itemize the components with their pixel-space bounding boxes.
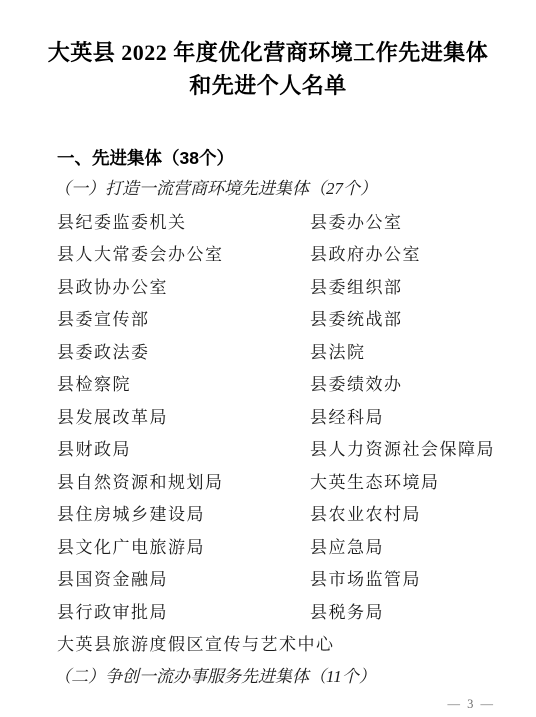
organization-row: 县住房城乡建设局 县农业农村局 — [57, 497, 508, 530]
organization-name: 县经科局 — [310, 403, 508, 428]
organization-name: 县委宣传部 — [57, 305, 310, 330]
page-number: — 3 — — [448, 697, 496, 712]
organization-row: 县文化广电旅游局 县应急局 — [57, 529, 508, 562]
organization-row: 县检察院 县委绩效办 — [57, 367, 508, 400]
organization-name: 县市场监管局 — [310, 565, 508, 590]
subsection-heading-service-collectives: （二）争创一流办事服务先进集体（11个） — [54, 666, 508, 687]
document-title-line1: 大英县 2022 年度优化营商环境工作先进集体 — [48, 40, 489, 65]
document-page: 大英县 2022 年度优化营商环境工作先进集体和先进个人名单 一、先进集体（38… — [0, 0, 536, 717]
organization-row: 县人大常委会办公室 县政府办公室 — [57, 237, 508, 270]
subsection-heading-business-environment: （一）打造一流营商环境先进集体（27个） — [54, 178, 508, 199]
organization-name: 县委组织部 — [310, 273, 508, 298]
organization-row: 县国资金融局 县市场监管局 — [57, 562, 508, 595]
organization-name: 县政协办公室 — [57, 273, 310, 298]
organization-row: 县自然资源和规划局 大英生态环境局 — [57, 464, 508, 497]
organization-name: 大英县旅游度假区宣传与艺术中心 — [57, 630, 335, 655]
organization-list: 县纪委监委机关 县委办公室 县人大常委会办公室 县政府办公室 县政协办公室 县委… — [57, 204, 508, 659]
organization-row-full-width: 大英县旅游度假区宣传与艺术中心 — [57, 627, 508, 660]
organization-name: 县住房城乡建设局 — [57, 500, 310, 525]
organization-name: 县税务局 — [310, 598, 508, 623]
organization-name: 县发展改革局 — [57, 403, 310, 428]
section-heading-advanced-collectives: 一、先进集体（38个） — [57, 148, 508, 169]
organization-row: 县委宣传部 县委统战部 — [57, 302, 508, 335]
organization-row: 县委政法委 县法院 — [57, 334, 508, 367]
organization-row: 县纪委监委机关 县委办公室 — [57, 204, 508, 237]
organization-name: 县人力资源社会保障局 — [310, 435, 508, 460]
organization-name: 县财政局 — [57, 435, 310, 460]
organization-name: 县委统战部 — [310, 305, 508, 330]
organization-name: 县政府办公室 — [310, 240, 508, 265]
organization-row: 县财政局 县人力资源社会保障局 — [57, 432, 508, 465]
organization-name: 县检察院 — [57, 370, 310, 395]
document-body: 一、先进集体（38个） （一）打造一流营商环境先进集体（27个） 县纪委监委机关… — [57, 148, 508, 687]
organization-row: 县政协办公室 县委组织部 — [57, 269, 508, 302]
organization-name: 县应急局 — [310, 533, 508, 558]
organization-name: 县法院 — [310, 338, 508, 363]
organization-name: 大英生态环境局 — [310, 468, 508, 493]
document-title-line2: 和先进个人名单 — [189, 73, 347, 98]
document-title: 大英县 2022 年度优化营商环境工作先进集体和先进个人名单 — [0, 0, 536, 102]
organization-name: 县委办公室 — [310, 208, 508, 233]
organization-name: 县人大常委会办公室 — [57, 240, 310, 265]
organization-name: 县自然资源和规划局 — [57, 468, 310, 493]
organization-row: 县行政审批局 县税务局 — [57, 594, 508, 627]
organization-name: 县文化广电旅游局 — [57, 533, 310, 558]
organization-name: 县国资金融局 — [57, 565, 310, 590]
organization-name: 县委绩效办 — [310, 370, 508, 395]
organization-row: 县发展改革局 县经科局 — [57, 399, 508, 432]
organization-name: 县行政审批局 — [57, 598, 310, 623]
organization-name: 县农业农村局 — [310, 500, 508, 525]
organization-name: 县纪委监委机关 — [57, 208, 310, 233]
organization-name: 县委政法委 — [57, 338, 310, 363]
